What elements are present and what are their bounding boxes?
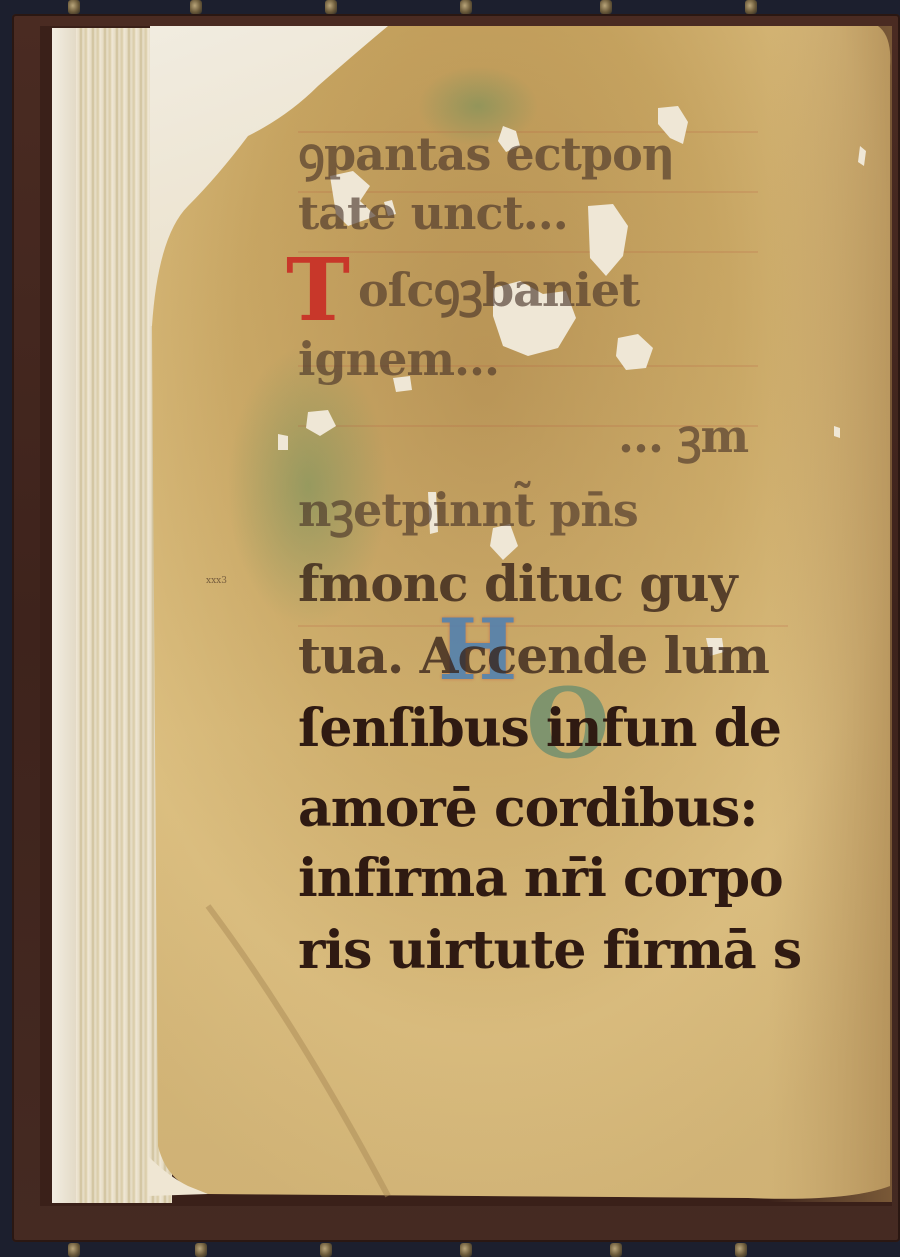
script-line-8: tua. Accende lum <box>298 626 769 685</box>
script-line-4: ignem… <box>298 332 499 386</box>
stand-peg <box>735 1243 747 1257</box>
stand-peg <box>195 1243 207 1257</box>
script-line-12: ris uirtute firmā s <box>298 920 801 981</box>
page-stack-edge <box>52 28 76 1203</box>
stand-peg <box>745 0 757 14</box>
stand-peg <box>320 1243 332 1257</box>
script-line-6: nꝫetpinnt̃ pn̄s <box>298 478 638 540</box>
script-line-11: infirma nr̄i corpo <box>298 848 783 909</box>
marginal-note: xxx3 <box>206 576 227 586</box>
stand-peg <box>610 1243 622 1257</box>
stand-peg <box>68 1243 80 1257</box>
script-line-3: oſcꝯꝫbaniet <box>358 258 639 320</box>
script-line-7: fmonc dituc guy <box>298 554 737 613</box>
rubric-initial-t: T <box>286 248 350 334</box>
stand-peg <box>460 0 472 14</box>
script-line-10: amorē cordibus: <box>298 778 757 839</box>
stand-peg <box>460 1243 472 1257</box>
stand-peg <box>190 0 202 14</box>
script-line-5: … ꝫm <box>618 404 748 466</box>
stand-peg <box>325 0 337 14</box>
script-line-1: ꝯpantas ectpoη <box>298 122 674 184</box>
parchment-leaf: T H O ꝯpantas ectpoη tate unct… oſcꝯꝫban… <box>148 26 892 1202</box>
script-line-2: tate unct… <box>298 186 568 240</box>
script-line-9: ſenſibus infun de <box>298 698 781 759</box>
stand-peg <box>68 0 80 14</box>
stand-peg <box>600 0 612 14</box>
